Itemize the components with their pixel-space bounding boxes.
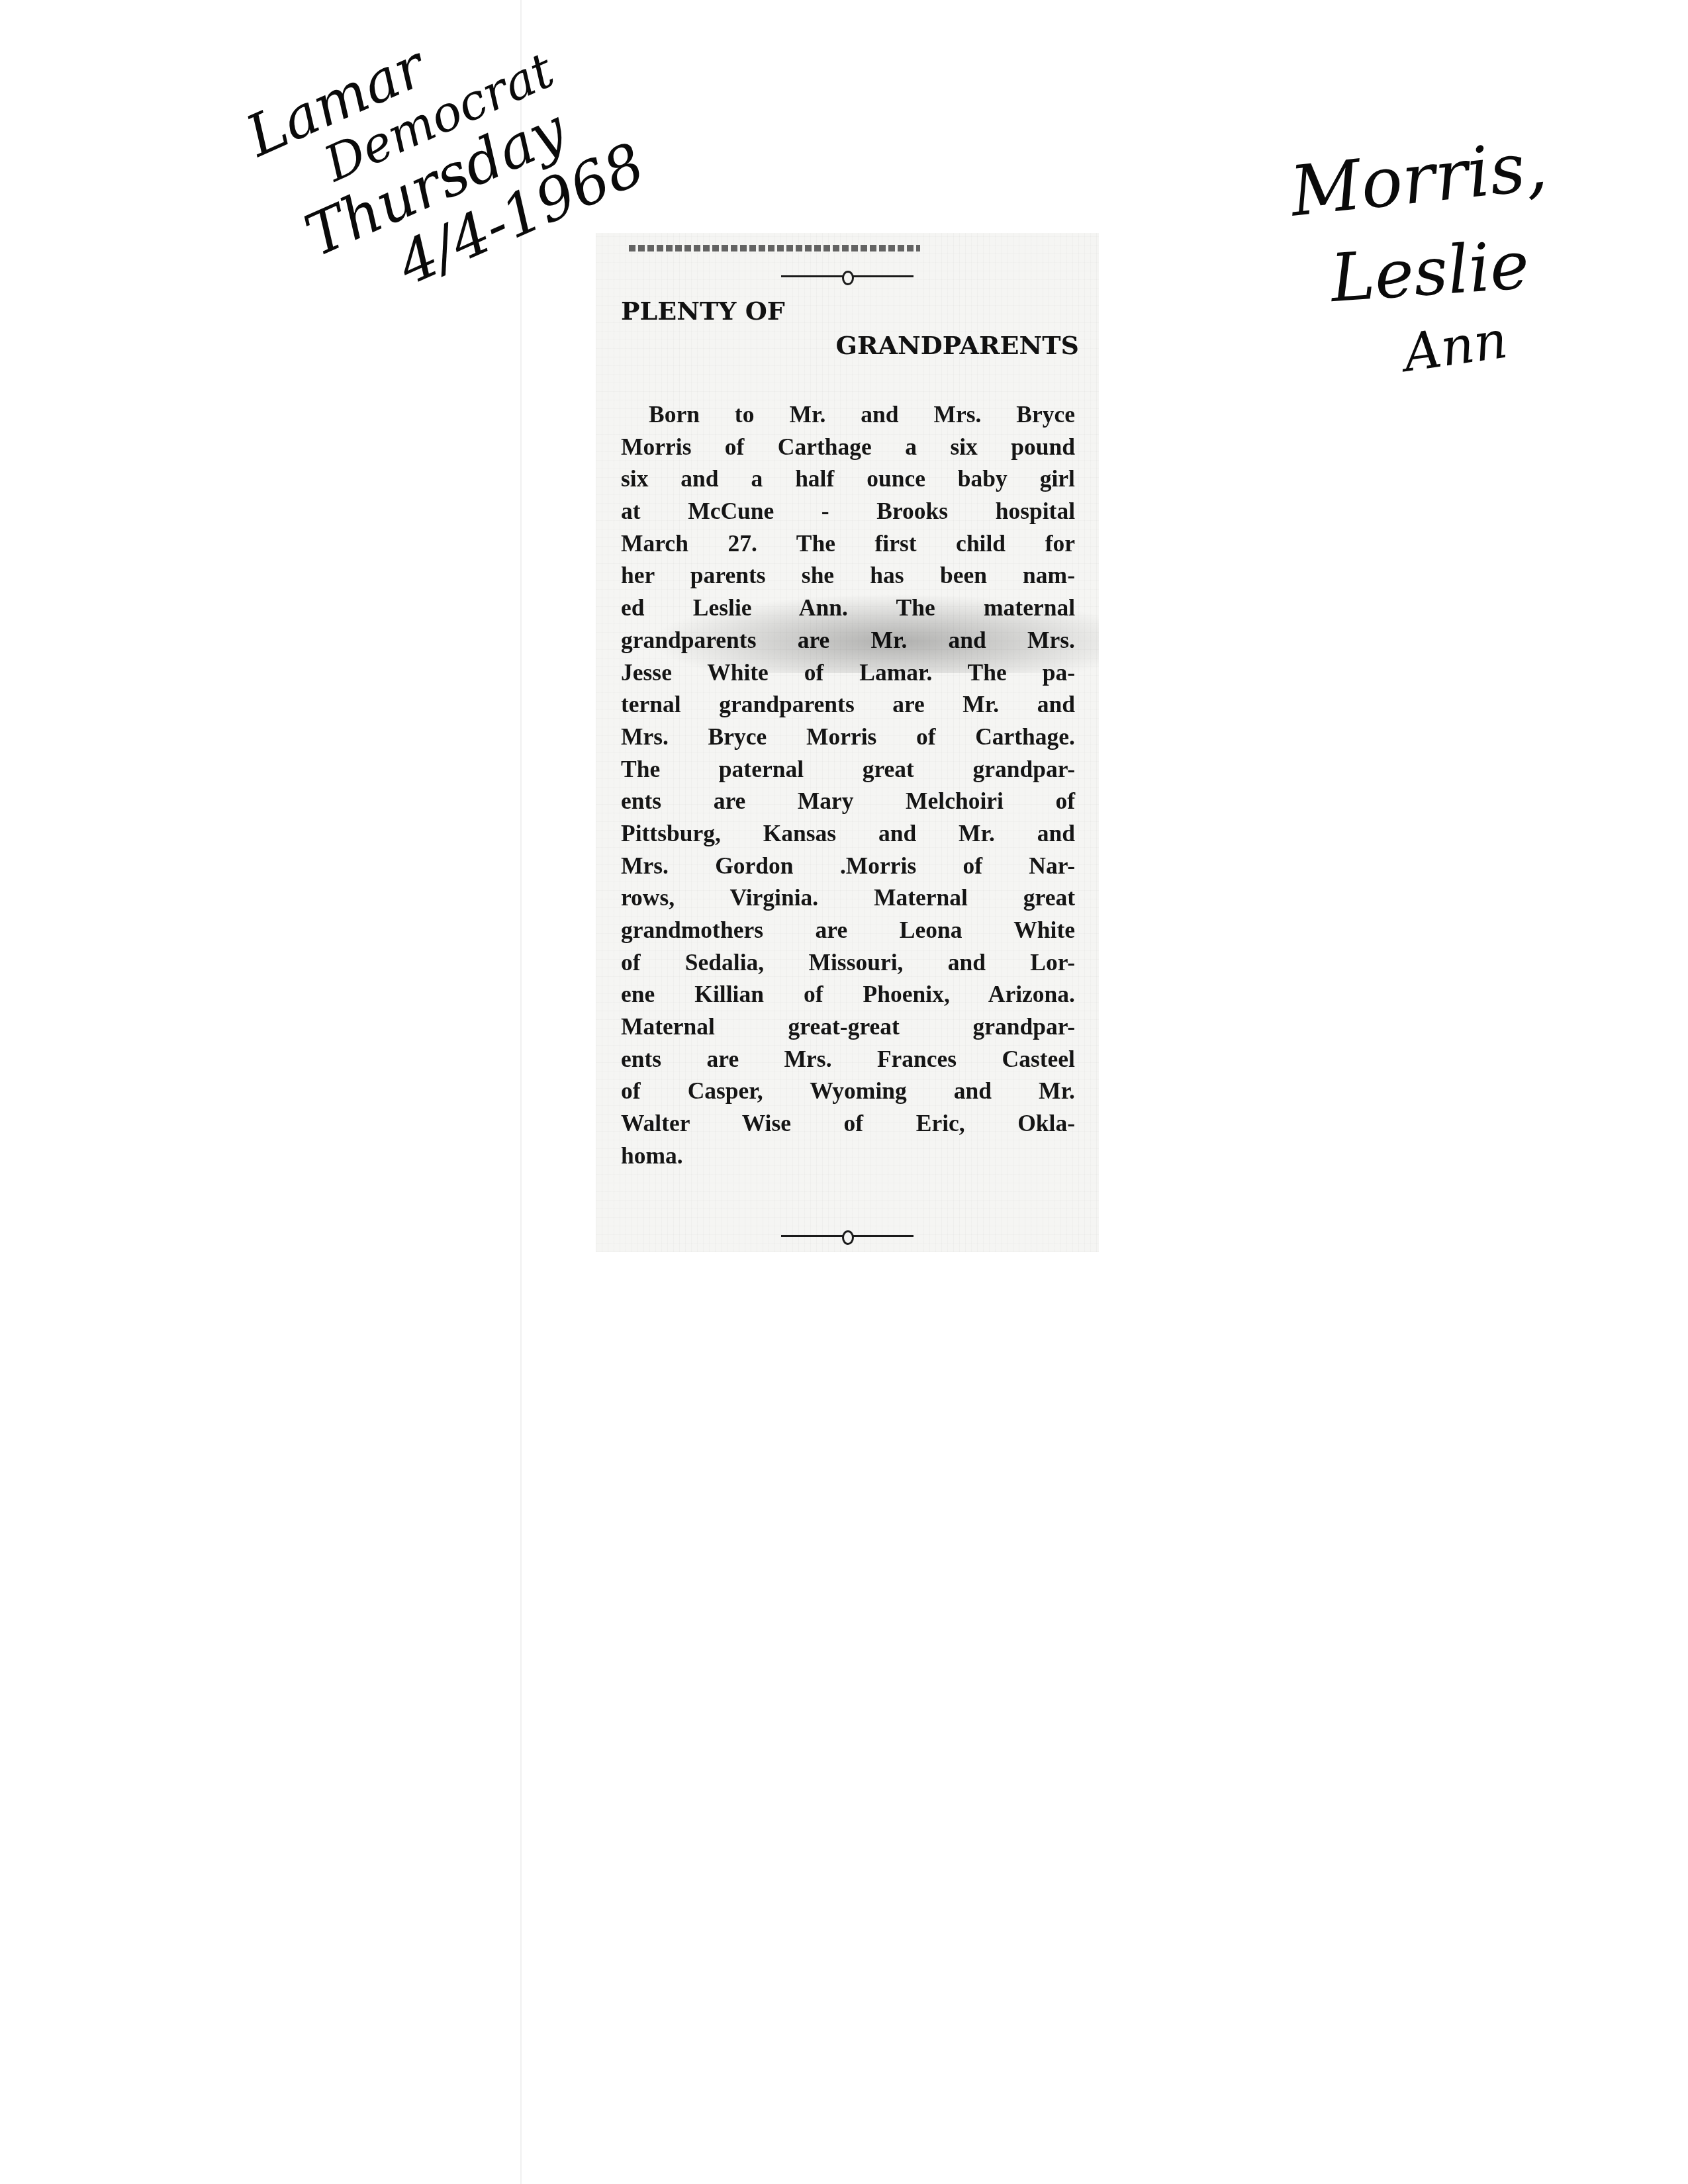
- article-line: ene Killian of Phoenix, Arizona.: [621, 978, 1075, 1011]
- article-line: ents are Mary Melchoiri of: [621, 785, 1075, 817]
- bottom-divider-ornament: [596, 1229, 1099, 1242]
- article-line: Mrs. Gordon .Morris of Nar-: [621, 850, 1075, 882]
- article-line: of Sedalia, Missouri, and Lor-: [621, 946, 1075, 979]
- scanned-page: Lamar Democrat Thursday 4/4-1968 Morris,…: [0, 0, 1688, 2184]
- article-line: at McCune - Brooks hospital: [621, 495, 1075, 527]
- article-line: ents are Mrs. Frances Casteel: [621, 1043, 1075, 1075]
- headline-line-2: GRANDPARENTS: [621, 328, 1079, 363]
- newspaper-clipping: PLENTY OF GRANDPARENTS Born to Mr. and M…: [596, 233, 1099, 1252]
- article-body: Born to Mr. and Mrs. BryceMorris of Cart…: [621, 398, 1075, 1172]
- article-line: six and a half ounce baby girl: [621, 463, 1075, 495]
- article-line: Walter Wise of Eric, Okla-: [621, 1107, 1075, 1140]
- article-line: homa.: [621, 1140, 1075, 1172]
- article-line: grandparents are Mr. and Mrs.: [621, 624, 1075, 657]
- article-line: her parents she has been nam-: [621, 559, 1075, 592]
- article-line: Pittsburg, Kansas and Mr. and: [621, 817, 1075, 850]
- article-line: The paternal great grandpar-: [621, 753, 1075, 786]
- article-line: March 27. The first child for: [621, 527, 1075, 560]
- scan-fold-line: [520, 0, 522, 2184]
- article-line: ed Leslie Ann. The maternal: [621, 592, 1075, 624]
- previous-article-fragment: [629, 245, 920, 251]
- article-line: grandmothers are Leona White: [621, 914, 1075, 946]
- handwritten-name-note: Morris, Leslie Ann: [1291, 152, 1548, 377]
- article-line: Maternal great-great grandpar-: [621, 1011, 1075, 1043]
- article-line: ternal grandparents are Mr. and: [621, 688, 1075, 721]
- article-headline: PLENTY OF GRANDPARENTS: [621, 294, 1079, 363]
- article-line: Mrs. Bryce Morris of Carthage.: [621, 721, 1075, 753]
- handwritten-middle-name: Ann: [1399, 301, 1552, 387]
- article-line: Born to Mr. and Mrs. Bryce: [621, 398, 1075, 431]
- article-line: of Casper, Wyoming and Mr.: [621, 1075, 1075, 1107]
- article-line: Morris of Carthage a six pound: [621, 431, 1075, 463]
- article-line: rows, Virginia. Maternal great: [621, 882, 1075, 914]
- handwritten-surname: Morris,: [1287, 126, 1551, 232]
- top-divider-ornament: [596, 269, 1099, 283]
- handwritten-source-note: Lamar Democrat Thursday 4/4-1968: [238, 0, 653, 332]
- headline-line-1: PLENTY OF: [621, 294, 1079, 328]
- article-line: Jesse White of Lamar. The pa-: [621, 657, 1075, 689]
